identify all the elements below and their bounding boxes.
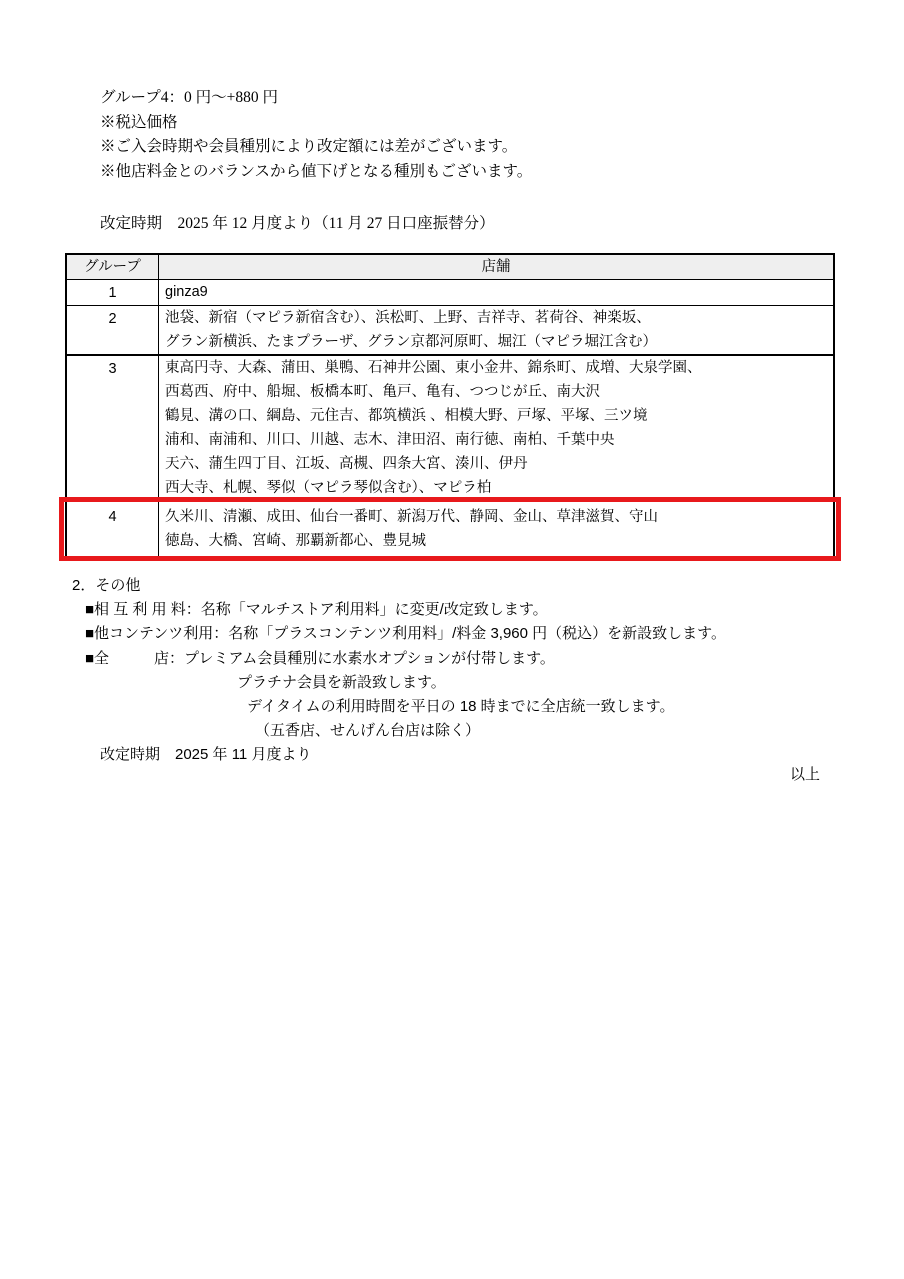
stores-cell: 久米川、清瀬、成田、仙台一番町、新潟万代、静岡、金山、草津滋賀、守山徳島、大橋、… — [159, 501, 833, 556]
intro-block: グループ4：0 円～+880 円 ※税込価格 ※ご入会時期や会員種別により改定額… — [100, 86, 532, 184]
other-bullets: ■相 互 利 用 料：名称「マルチストア利用料」に変更/改定致します。■他コンテ… — [0, 598, 904, 671]
store-list-line: 浦和、南浦和、川口、川越、志木、津田沼、南行徳、南柏、千葉中央 — [165, 428, 833, 452]
store-list-line: 池袋、新宿（マピラ新宿含む）、浜松町、上野、吉祥寺、茗荷谷、神楽坂、 — [165, 306, 833, 330]
closing-ijou: 以上 — [790, 763, 820, 784]
table-row: 4久米川、清瀬、成田、仙台一番町、新潟万代、静岡、金山、草津滋賀、守山徳島、大橋… — [67, 501, 833, 556]
group-number-cell: 4 — [67, 501, 159, 556]
store-list-line: 徳島、大橋、宮崎、那覇新都心、豊見城 — [165, 529, 833, 553]
sub-item: （五香店、せんげん台店は除く） — [255, 719, 904, 743]
store-list-line: 西葛西、府中、船堀、板橋本町、亀戸、亀有、つつじが丘、南大沢 — [165, 380, 833, 404]
revision-date-december: 改定時期 2025 年 12 月度より（11 月 27 日口座振替分） — [100, 211, 495, 233]
stores-cell: ginza9 — [159, 280, 833, 305]
store-list-line: 西大寺、札幌、琴似（マピラ琴似含む）、マピラ柏 — [165, 476, 833, 500]
header-stores-column: 店舗 — [159, 255, 833, 279]
bullet-item: ■他コンテンツ利用：名称「プラスコンテンツ利用料」/料金 3,960 円（税込）… — [85, 622, 904, 646]
group-number-cell: 3 — [67, 356, 159, 500]
other-sub-lines: プラチナ会員を新設致します。デイタイムの利用時間を平日の 18 時までに全店統一… — [0, 671, 904, 744]
note-price-reduction: ※他店料金とのバランスから値下げとなる種別もございます。 — [100, 160, 532, 185]
store-list-line: 久米川、清瀬、成田、仙台一番町、新潟万代、静岡、金山、草津滋賀、守山 — [165, 505, 833, 529]
sub-item: プラチナ会員を新設致します。 — [237, 671, 904, 695]
bullet-item: ■相 互 利 用 料：名称「マルチストア利用料」に変更/改定致します。 — [85, 598, 904, 622]
group4-price-line: グループ4：0 円～+880 円 — [100, 86, 532, 111]
header-group-column: グループ — [67, 255, 159, 279]
bullet-item: ■全 店：プレミアム会員種別に水素水オプションが付帯します。 — [85, 647, 904, 671]
table-row: 1ginza9 — [67, 280, 833, 306]
store-group-table: グループ 店舗 1ginza92池袋、新宿（マピラ新宿含む）、浜松町、上野、吉祥… — [65, 253, 835, 558]
store-table-rows: 1ginza92池袋、新宿（マピラ新宿含む）、浜松町、上野、吉祥寺、茗荷谷、神楽… — [67, 280, 833, 556]
table-row: 3東高円寺、大森、蒲田、巣鴨、石神井公園、東小金井、錦糸町、成増、大泉学園、西葛… — [67, 356, 833, 501]
group-number-cell: 2 — [67, 306, 159, 354]
revision-date-november: 改定時期 2025 年 11 月度より — [100, 743, 904, 767]
stores-cell: 池袋、新宿（マピラ新宿含む）、浜松町、上野、吉祥寺、茗荷谷、神楽坂、グラン新横浜… — [159, 306, 833, 354]
other-section: 2．その他 ■相 互 利 用 料：名称「マルチストア利用料」に変更/改定致します… — [0, 574, 904, 768]
table-header-row: グループ 店舗 — [67, 255, 833, 280]
store-list-line: 東高円寺、大森、蒲田、巣鴨、石神井公園、東小金井、錦糸町、成増、大泉学園、 — [165, 356, 833, 380]
store-list-line: ginza9 — [165, 280, 833, 304]
other-section-heading: 2．その他 — [72, 574, 904, 598]
store-list-line: 天六、蒲生四丁目、江坂、高槻、四条大宮、湊川、伊丹 — [165, 452, 833, 476]
table-row: 2池袋、新宿（マピラ新宿含む）、浜松町、上野、吉祥寺、茗荷谷、神楽坂、グラン新横… — [67, 306, 833, 356]
store-list-line: 鶴見、溝の口、綱島、元住吉、都筑横浜 、相模大野、戸塚、平塚、三ツ境 — [165, 404, 833, 428]
sub-item: デイタイムの利用時間を平日の 18 時までに全店統一致します。 — [247, 695, 904, 719]
group-number-cell: 1 — [67, 280, 159, 305]
stores-cell: 東高円寺、大森、蒲田、巣鴨、石神井公園、東小金井、錦糸町、成増、大泉学園、西葛西… — [159, 356, 833, 500]
note-tax-included: ※税込価格 — [100, 111, 532, 136]
note-membership-difference: ※ご入会時期や会員種別により改定額には差がございます。 — [100, 135, 532, 160]
document-page: グループ4：0 円～+880 円 ※税込価格 ※ご入会時期や会員種別により改定額… — [0, 0, 904, 1279]
store-list-line: グラン新横浜、たまプラーザ、グラン京都河原町、堀江（マピラ堀江含む） — [165, 330, 833, 354]
